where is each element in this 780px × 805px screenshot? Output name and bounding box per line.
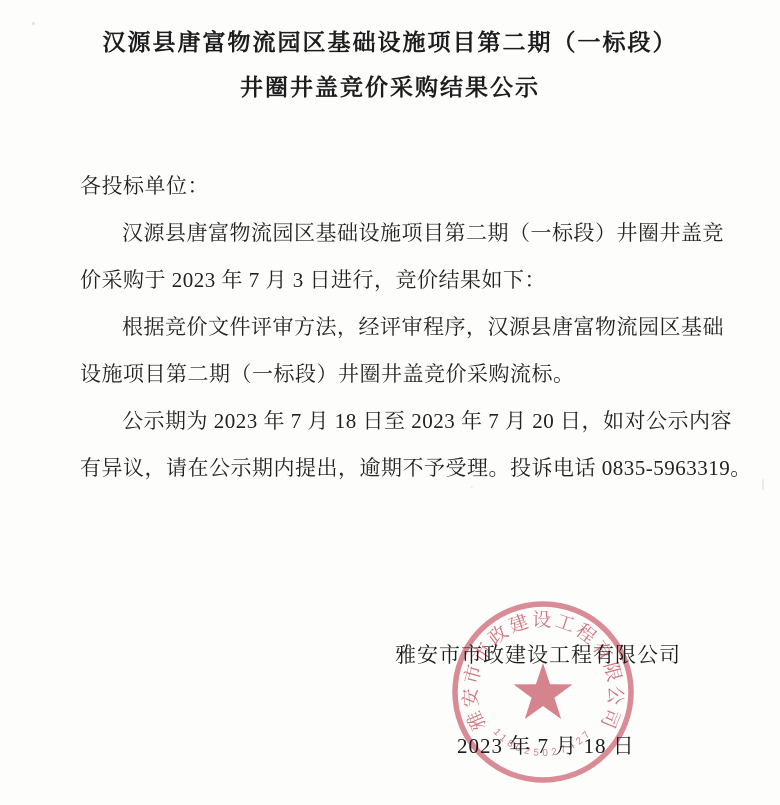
seal-star-icon (514, 663, 573, 719)
paragraph-3-line-1: 公示期为 2023 年 7 月 18 日至 2023 年 7 月 20 日，如对… (80, 398, 720, 445)
document-title-line2: 井圈井盖竞价采购结果公示 (0, 71, 780, 105)
paragraph-1-line-2: 价采购于 2023 年 7 月 3 日进行，竞价结果如下： (80, 257, 720, 304)
scan-artifact (470, 486, 473, 488)
signature-date: 2023 年 7 月 18 日 (457, 732, 635, 760)
salutation: 各投标单位： (80, 163, 720, 210)
document-page: 汉源县唐富物流园区基础设施项目第二期（一标段） 井圈井盖竞价采购结果公示 各投标… (0, 0, 780, 805)
scan-artifact (32, 22, 35, 25)
paragraph-2-line-1: 根据竞价文件评审方法，经评审程序，汉源县唐富物流园区基础 (80, 304, 720, 351)
document-title-line1: 汉源县唐富物流园区基础设施项目第二期（一标段） (0, 26, 780, 60)
scan-artifact (762, 479, 764, 490)
signature-company: 雅安市市政建设工程有限公司 (395, 641, 681, 669)
document-body: 各投标单位： 汉源县唐富物流园区基础设施项目第二期（一标段）井圈井盖竞 价采购于… (80, 163, 720, 492)
paragraph-2-line-2: 设施项目第二期（一标段）井圈井盖竞价采购流标。 (80, 351, 720, 398)
paragraph-1-line-1: 汉源县唐富物流园区基础设施项目第二期（一标段）井圈井盖竞 (80, 210, 720, 257)
paragraph-3-line-2: 有异议，请在公示期内提出，逾期不予受理。投诉电话 0835-5963319。 (80, 445, 720, 492)
